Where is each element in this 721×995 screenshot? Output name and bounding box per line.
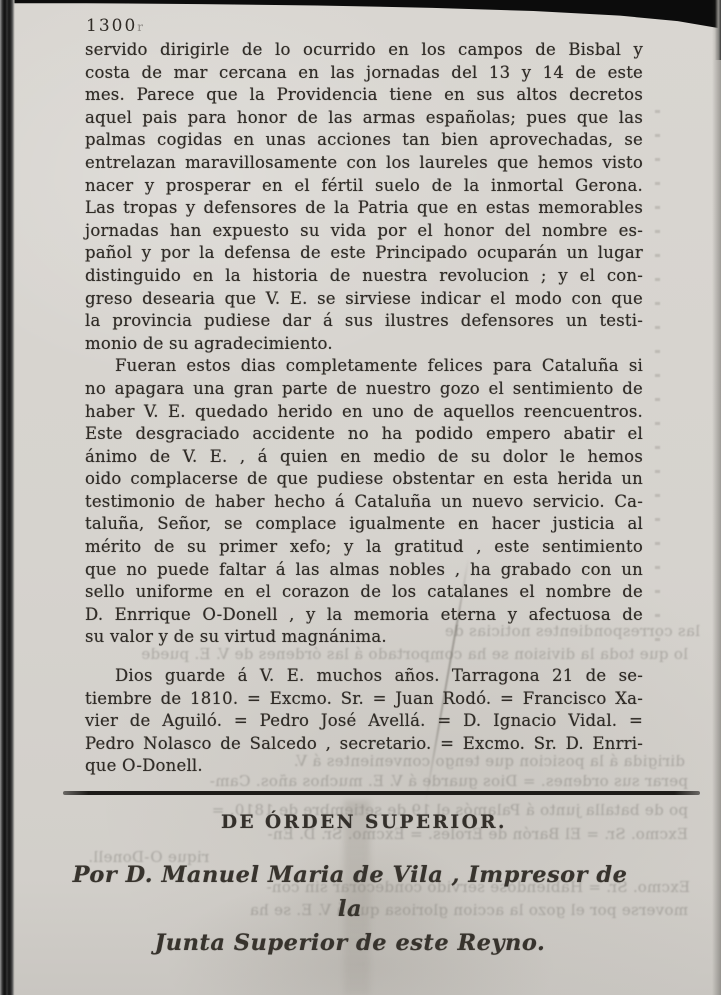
text-line: la provincia pudiese dar á sus ilustres … — [85, 310, 643, 333]
imprint-line: Junta Superior de este Reyno. — [60, 926, 640, 960]
text-line: nacer y prosperar en el fértil suelo de … — [85, 175, 643, 198]
text-line: mes. Parece que la Providencia tiene en … — [85, 84, 643, 107]
text-line: greso desearia que V. E. se sirviese ind… — [85, 288, 643, 311]
text-line: no apagara una gran parte de nuestro goz… — [85, 378, 643, 401]
text-line: Este desgraciado accidente no ha podido … — [85, 423, 643, 446]
page-number: 1300r — [86, 16, 145, 36]
text-line: jornadas han expuesto su vida por el hon… — [85, 220, 643, 243]
ink-speck-margin — [655, 110, 660, 650]
paragraph: Dios guarde á V. E. muchos años. Tarrago… — [85, 665, 643, 778]
paragraph: servido dirigirle de lo ocurrido en los … — [85, 39, 643, 355]
text-line: su valor y de su virtud magnánima. — [85, 626, 643, 649]
text-line: sello uniforme en el corazon de los cata… — [85, 581, 643, 604]
page-right-edge-shadow — [711, 0, 721, 995]
section-divider-rule — [63, 791, 700, 795]
page-number-stray-mark: r — [137, 20, 145, 34]
text-line: aquel pais para honor de las armas españ… — [85, 107, 643, 130]
text-line: Pedro Nolasco de Salcedo , secretario. =… — [85, 733, 643, 756]
text-line: testimonio de haber hecho á Cataluña un … — [85, 491, 643, 514]
page-corner-edge — [715, 0, 721, 60]
printer-imprint: Por D. Manuel Maria de Vila , Impresor d… — [60, 858, 640, 960]
text-line: haber V. E. quedado herido en uno de aqu… — [85, 401, 643, 424]
text-line: Dios guarde á V. E. muchos años. Tarrago… — [85, 665, 643, 688]
paragraph: Fueran estos dias completamente felices … — [85, 355, 643, 649]
text-line: palmas cogidas en unas acciones tan bien… — [85, 129, 643, 152]
text-line: costa de mar cercana en las jornadas del… — [85, 62, 643, 85]
imprint-line: Por D. Manuel Maria de Vila , Impresor d… — [60, 858, 640, 926]
scanned-document-page: las correspondientes noticias de lo que … — [0, 0, 721, 995]
text-line: vier de Aguiló. = Pedro José Avellá. = D… — [85, 710, 643, 733]
text-line: mérito de su primer xefo; y la gratitud … — [85, 536, 643, 559]
text-line: Fueran estos dias completamente felices … — [85, 355, 643, 378]
text-line: distinguido en la historia de nuestra re… — [85, 265, 643, 288]
text-line: entrelazan maravillosamente con los laur… — [85, 152, 643, 175]
section-heading: DE ÓRDEN SUPERIOR. — [85, 812, 643, 833]
text-line: que O-Donell. — [85, 755, 643, 778]
page-number-value: 1300 — [86, 16, 137, 36]
book-binding-edge — [0, 0, 15, 995]
text-line: pañol y por la defensa de este Principad… — [85, 242, 643, 265]
text-line: servido dirigirle de lo ocurrido en los … — [85, 39, 643, 62]
text-line: oido complacerse de que pudiese obstenta… — [85, 468, 643, 491]
text-line: Las tropas y defensores de la Patria que… — [85, 197, 643, 220]
text-line: taluña, Señor, se complace igualmente en… — [85, 513, 643, 536]
text-line: D. Enrrique O-Donell , y la memoria eter… — [85, 604, 643, 627]
body-text-column: servido dirigirle de lo ocurrido en los … — [85, 39, 643, 778]
text-line: ánimo de V. E. , á quien en medio de su … — [85, 446, 643, 469]
text-line: que no puede faltar á las almas nobles ,… — [85, 559, 643, 582]
text-line: tiembre de 1810. = Excmo. Sr. = Juan Rod… — [85, 688, 643, 711]
text-line: monio de su agradecimiento. — [85, 333, 643, 356]
